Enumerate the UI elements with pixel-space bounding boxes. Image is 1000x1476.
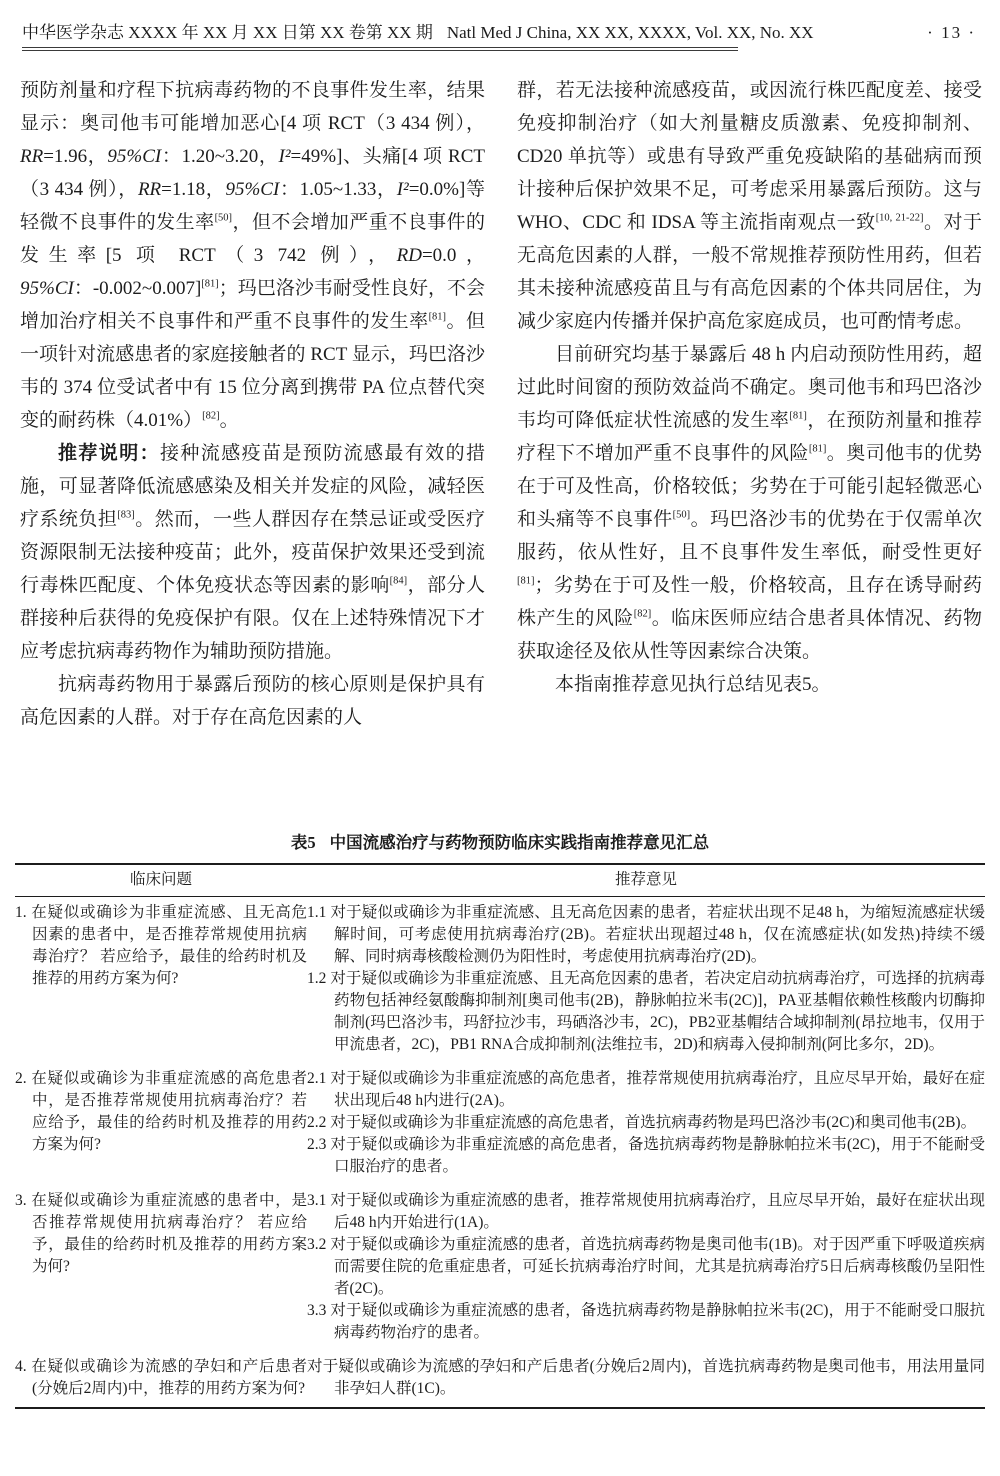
running-head: 中华医学杂志 XXXX 年 XX 月 XX 日第 XX 卷第 XX 期 Natl… (22, 18, 976, 43)
text-segment: 预防剂量和疗程下抗病毒药物的不良事件发生率，结果显示：奥司他韦可能增加恶心[4 … (20, 80, 485, 134)
text-segment: 。 (220, 410, 239, 431)
recommendation-item: 3.3 对于疑似或确诊为重症流感的患者，备选抗病毒药物是静脉帕拉米韦(2C)，用… (307, 1300, 985, 1344)
paragraph: 推荐说明：接种流感疫苗是预防流感最有效的措施，可显著降低流感感染及相关并发症的风… (20, 437, 485, 668)
header-rule (22, 47, 738, 51)
table-caption-label: 表5 (291, 833, 316, 852)
page-header: 中华医学杂志 XXXX 年 XX 月 XX 日第 XX 卷第 XX 期 Natl… (22, 18, 976, 51)
journal-title-en: Natl Med J China, XX XX, XXXX, Vol. XX, … (447, 23, 814, 43)
recommendation-item: 1.2 对于疑似或确诊为非重症流感、且无高危因素的患者，若决定启动抗病毒治疗，可… (307, 968, 985, 1056)
text-segment: 95%CI (107, 146, 161, 167)
reference-marker: [81] (201, 279, 219, 290)
recommendation-item: 3.2 对于疑似或确诊为重症流感的患者，首选抗病毒药物是奥司他韦(1B)。对于因… (307, 1234, 985, 1300)
reference-marker: [82] (202, 411, 220, 422)
table-header-row: 临床问题 推荐意见 (15, 864, 985, 897)
reference-marker: [83] (117, 510, 135, 521)
question-number: 1. (15, 904, 31, 921)
reference-marker: [81] (809, 444, 827, 455)
text-segment: I² (279, 146, 291, 167)
table-caption-text: 中国流感治疗与药物预防临床实践指南推荐意见汇总 (330, 833, 710, 852)
recommendation-text: 对于疑似或确诊为非重症流感的高危患者，首选抗病毒药物是玛巴洛沙韦(2C)和奥司他… (330, 1114, 976, 1131)
paragraph: 本指南推荐意见执行总结见表5。 (517, 668, 982, 701)
reference-marker: [50] (215, 213, 233, 224)
recommendation-item: 2.1 对于疑似或确诊为非重症流感的高危患者，推荐常规使用抗病毒治疗，且应尽早开… (307, 1068, 985, 1112)
recommendation-number: 3.2 (307, 1236, 330, 1253)
recommendation-item: 1.1 对于疑似或确诊为非重症流感、且无高危因素的患者，若症状出现不足48 h，… (307, 902, 985, 968)
text-segment: 本指南推荐意见执行总结见表5。 (555, 674, 831, 695)
recommendation-item: 3.1 对于疑似或确诊为重症流感的患者，推荐常规使用抗病毒治疗，且应尽早开始，最… (307, 1190, 985, 1234)
clinical-question-cell: 1. 在疑似或确诊为非重症流感、且无高危因素的患者中，是否推荐常规使用抗病毒治疗… (15, 897, 307, 1064)
question-text: 在疑似或确诊为重症流感的患者中，是否推荐常规使用抗病毒治疗？ 若应给予，最佳的给… (31, 1192, 307, 1275)
recommendation-item: 2.3 对于疑似或确诊为非重症流感的高危患者，备选抗病毒药物是静脉帕拉米韦(2C… (307, 1134, 985, 1178)
recommendation-cell: 对于疑似或确诊为流感的孕妇和产后患者(分娩后2周内)，首选抗病毒药物是奥司他韦，… (307, 1351, 985, 1408)
table-row: 1. 在疑似或确诊为非重症流感、且无高危因素的患者中，是否推荐常规使用抗病毒治疗… (15, 897, 985, 1064)
recommendation-text: 对于疑似或确诊为非重症流感、且无高危因素的患者，若决定启动抗病毒治疗，可选择的抗… (330, 970, 985, 1053)
table-section: 表5中国流感治疗与药物预防临床实践指南推荐意见汇总 临床问题 推荐意见 1. 在… (15, 832, 985, 1409)
paragraph: 群，若无法接种流感疫苗，或因流行株匹配度差、接受免疫抑制治疗（如大剂量糖皮质激素… (517, 74, 982, 338)
clinical-question: 3. 在疑似或确诊为重症流感的患者中，是否推荐常规使用抗病毒治疗？ 若应给予，最… (15, 1190, 307, 1278)
column-header-clinical-question: 临床问题 (15, 864, 307, 897)
text-segment: 95%CI (225, 179, 279, 200)
question-text: 在疑似或确诊为非重症流感、且无高危因素的患者中，是否推荐常规使用抗病毒治疗？ 若… (31, 904, 307, 987)
question-number: 4. (15, 1358, 31, 1375)
text-segment: 95%CI (20, 278, 74, 299)
text-segment: ：1.05~1.33， (279, 179, 396, 200)
text-segment: =0.0， (422, 245, 485, 266)
recommendation-text: 对于疑似或确诊为重症流感的患者，首选抗病毒药物是奥司他韦(1B)。对于因严重下呼… (330, 1236, 985, 1297)
journal-title-cn: 中华医学杂志 XXXX 年 XX 月 XX 日第 XX 卷第 XX 期 (22, 18, 433, 43)
clinical-question: 1. 在疑似或确诊为非重症流感、且无高危因素的患者中，是否推荐常规使用抗病毒治疗… (15, 902, 307, 990)
recommendation-cell: 3.1 对于疑似或确诊为重症流感的患者，推荐常规使用抗病毒治疗，且应尽早开始，最… (307, 1185, 985, 1351)
paragraph: 抗病毒药物用于暴露后预防的核心原则是保护具有高危因素的人群。对于存在高危因素的人 (20, 668, 485, 734)
column-header-recommendation: 推荐意见 (307, 864, 985, 897)
question-text: 在疑似或确诊为非重症流感的高危患者中，是否推荐常规使用抗病毒治疗？若应给予，最佳… (31, 1070, 307, 1153)
recommendation-item: 对于疑似或确诊为流感的孕妇和产后患者(分娩后2周内)，首选抗病毒药物是奥司他韦，… (307, 1356, 985, 1400)
text-segment: ：-0.002~0.007] (74, 278, 201, 299)
right-column: 群，若无法接种流感疫苗，或因流行株匹配度差、接受免疫抑制治疗（如大剂量糖皮质激素… (517, 74, 982, 734)
recommendation-text: 对于疑似或确诊为非重症流感的高危患者，推荐常规使用抗病毒治疗，且应尽早开始，最好… (330, 1070, 985, 1109)
clinical-question: 4. 在疑似或确诊为流感的孕妇和产后患者(分娩后2周内)中，推荐的用药方案为何? (15, 1356, 307, 1400)
question-text: 在疑似或确诊为流感的孕妇和产后患者(分娩后2周内)中，推荐的用药方案为何? (31, 1358, 307, 1397)
reference-marker: [81] (429, 312, 447, 323)
text-segment: ：1.20~3.20， (161, 146, 278, 167)
recommendation-text: 对于疑似或确诊为非重症流感、且无高危因素的患者，若症状出现不足48 h，为缩短流… (330, 904, 985, 965)
recommendation-text: 对于疑似或确诊为流感的孕妇和产后患者(分娩后2周内)，首选抗病毒药物是奥司他韦，… (307, 1358, 985, 1397)
clinical-question-cell: 4. 在疑似或确诊为流感的孕妇和产后患者(分娩后2周内)中，推荐的用药方案为何? (15, 1351, 307, 1408)
text-segment: RR (138, 179, 161, 200)
table-row: 3. 在疑似或确诊为重症流感的患者中，是否推荐常规使用抗病毒治疗？ 若应给予，最… (15, 1185, 985, 1351)
table-row: 2. 在疑似或确诊为非重症流感的高危患者中，是否推荐常规使用抗病毒治疗？若应给予… (15, 1063, 985, 1185)
reference-marker: [84] (390, 576, 408, 587)
recommendation-text: 对于疑似或确诊为重症流感的患者，推荐常规使用抗病毒治疗，且应尽早开始，最好在症状… (330, 1192, 985, 1231)
paragraph: 预防剂量和疗程下抗病毒药物的不良事件发生率，结果显示：奥司他韦可能增加恶心[4 … (20, 74, 485, 437)
text-segment: RR (20, 146, 43, 167)
reference-marker: [81] (789, 411, 807, 422)
text-segment: I² (397, 179, 409, 200)
clinical-question-cell: 3. 在疑似或确诊为重症流感的患者中，是否推荐常规使用抗病毒治疗？ 若应给予，最… (15, 1185, 307, 1351)
recommendation-number: 2.2 (307, 1114, 330, 1131)
left-column: 预防剂量和疗程下抗病毒药物的不良事件发生率，结果显示：奥司他韦可能增加恶心[4 … (20, 74, 485, 734)
reference-marker: [82] (634, 609, 652, 620)
reference-marker: [81] (517, 576, 535, 587)
table-caption: 表5中国流感治疗与药物预防临床实践指南推荐意见汇总 (15, 832, 985, 854)
recommendation-number: 1.2 (307, 970, 330, 987)
clinical-question-cell: 2. 在疑似或确诊为非重症流感的高危患者中，是否推荐常规使用抗病毒治疗？若应给予… (15, 1063, 307, 1185)
recommendation-number: 2.1 (307, 1070, 330, 1087)
page-number: · 13 · (927, 23, 976, 43)
recommendations-table: 临床问题 推荐意见 1. 在疑似或确诊为非重症流感、且无高危因素的患者中，是否推… (15, 863, 985, 1409)
table-row: 4. 在疑似或确诊为流感的孕妇和产后患者(分娩后2周内)中，推荐的用药方案为何?… (15, 1351, 985, 1408)
question-number: 2. (15, 1070, 31, 1087)
text-segment: 推荐说明： (58, 443, 160, 464)
recommendation-number: 3.1 (307, 1192, 330, 1209)
reference-marker: [10, 21-22] (876, 213, 924, 224)
article-body: 预防剂量和疗程下抗病毒药物的不良事件发生率，结果显示：奥司他韦可能增加恶心[4 … (20, 74, 982, 734)
recommendation-text: 对于疑似或确诊为非重症流感的高危患者，备选抗病毒药物是静脉帕拉米韦(2C)，用于… (330, 1136, 985, 1175)
recommendation-cell: 1.1 对于疑似或确诊为非重症流感、且无高危因素的患者，若症状出现不足48 h，… (307, 897, 985, 1064)
recommendation-item: 2.2 对于疑似或确诊为非重症流感的高危患者，首选抗病毒药物是玛巴洛沙韦(2C)… (307, 1112, 985, 1134)
recommendation-number: 2.3 (307, 1136, 330, 1153)
text-segment: =1.18， (161, 179, 225, 200)
recommendation-text: 对于疑似或确诊为重症流感的患者，备选抗病毒药物是静脉帕拉米韦(2C)，用于不能耐… (330, 1302, 985, 1341)
text-segment: RD (397, 245, 422, 266)
clinical-question: 2. 在疑似或确诊为非重症流感的高危患者中，是否推荐常规使用抗病毒治疗？若应给予… (15, 1068, 307, 1156)
recommendation-number: 3.3 (307, 1302, 330, 1319)
text-segment: 群，若无法接种流感疫苗，或因流行株匹配度差、接受免疫抑制治疗（如大剂量糖皮质激素… (517, 80, 982, 233)
text-segment: 抗病毒药物用于暴露后预防的核心原则是保护具有高危因素的人群。对于存在高危因素的人 (20, 674, 485, 728)
question-number: 3. (15, 1192, 31, 1209)
recommendation-cell: 2.1 对于疑似或确诊为非重症流感的高危患者，推荐常规使用抗病毒治疗，且应尽早开… (307, 1063, 985, 1185)
journal-page: 中华医学杂志 XXXX 年 XX 月 XX 日第 XX 卷第 XX 期 Natl… (0, 0, 1000, 1476)
paragraph: 目前研究均基于暴露后 48 h 内启动预防性用药，超过此时间窗的预防效益尚不确定… (517, 338, 982, 668)
recommendation-number: 1.1 (307, 904, 330, 921)
text-segment: =1.96， (43, 146, 107, 167)
reference-marker: [50] (673, 510, 691, 521)
